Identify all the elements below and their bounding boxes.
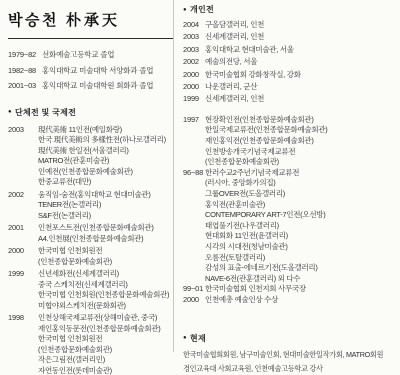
entry-line: 한국미술협회 인천지회 사무국장 (205, 284, 306, 295)
entry-line: 예술의전당, 서울 (205, 56, 257, 68)
entry-line: (인천종합문화예술회관) (38, 257, 112, 268)
entry-lines: 인천예총 예술인상 수상 (205, 295, 278, 306)
education-text: 홍익대학교 미술대학 서양화과 졸업 (42, 63, 153, 79)
entry-year: 99~01 (183, 284, 205, 295)
entry-line: 중국 스케치전(신세계갤러리) (38, 280, 169, 291)
exhibition-entry: 1999신년세화전(신세계갤러리)중국 스케치전(신세계갤러리)한국미협 인천회… (8, 269, 173, 311)
entry-line: 태엽풀기전(나우갤러리) (205, 221, 325, 232)
entry-year: 2002 (183, 56, 205, 68)
entry-lines: 한국미술협회 강화창작실, 강화 (205, 69, 301, 81)
exhibition-entry: 1999신세계갤러리, 인천 (183, 93, 399, 105)
right-column: ●개인전 2004구올담갤러리, 인천2003신세계갤러리, 인천2003홍익대… (183, 4, 399, 375)
entry-lines: 움직임-숨전(홍익대학교 현대미술관)TENER전(논갤러리)S&F전(논갤러리… (38, 190, 151, 222)
entry-lines: 예술의전당, 서울 (205, 56, 257, 68)
column-divider (173, 0, 174, 352)
entry-line: 구올담갤러리, 인천 (205, 19, 264, 31)
exhibition-entry: 2002움직임-숨전(홍익대학교 현대미술관)TENER전(논갤러리)S&F전(… (8, 190, 173, 222)
education-text: 선화예술고등학교 졸업 (42, 47, 114, 63)
entry-line: 인천포스트전(인천종합문화예술회관) (38, 223, 154, 234)
entry-line: 자연동인전(롯데미술관) (38, 366, 160, 375)
exhibition-entry: 2000한국미술협회 강화창작실, 강화 (183, 69, 399, 81)
current-line: 한국미술협회회원, 남구미술인회, 현대미술한일작가회, MATRO회원 (183, 348, 399, 362)
exhibition-entry: 1998인천상해국제교류전(상해미술관, 중국)재인홍익동문전(인천종합문화예술… (8, 313, 173, 375)
entry-line: 움직임-숨전(홍익대학교 현대미술관) (38, 190, 151, 201)
education-text: 홍익대학교 미술대학원 회화과 졸업 (42, 78, 153, 94)
entry-line: (인천종합문화예술회관) (38, 345, 160, 356)
artist-name-hanja: 朴承天 (66, 12, 120, 29)
education-period: 1979~82 (8, 47, 42, 63)
entry-line: 오름전(토탈갤러리) (205, 253, 325, 264)
entry-line: 現代美術 11인전(예일화랑) (38, 125, 166, 136)
entry-line: 홍익전(관훈미술관) (205, 200, 325, 211)
entry-lines: 인천포스트전(인천종합문화예술회관)A4.인천展(인천종합문화예술회관) (38, 223, 154, 244)
artist-name-korean: 박승천 (8, 12, 59, 29)
education-list: 1979~82선화예술고등학교 졸업1982~88홍익대학교 미술대학 서양화과… (8, 47, 173, 94)
entry-lines: 현장확인전(인천종합문화예술회관)한일국제교류전(인천종합문화예술회관)재인홍익… (205, 115, 327, 168)
exhibition-entry: 2003홍익대학교 현대미술관, 서울 (183, 44, 399, 56)
entry-line: 나운갤러리, 군산 (205, 81, 257, 93)
exhibition-entry: 96~88한러수교2주년기념국제교류전(러시아, 중앙화가의집)그룹OVER전(… (183, 168, 399, 285)
entry-line: MATRO전(관훈미술관) (38, 156, 166, 167)
entry-line: 한국 現代美術의 多樣性전(하나로갤러리) (38, 135, 166, 146)
entry-year: 1999 (8, 269, 38, 311)
exhibition-continuation-list: 1997현장확인전(인천종합문화예술회관)한일국제교류전(인천종합문화예술회관)… (183, 115, 399, 306)
entry-line: 시각의 시대전(청남미술관) (205, 242, 325, 253)
current-section: ●현재 한국미술협회회원, 남구미술인회, 현대미술한일작가회, MATRO회원… (183, 333, 399, 375)
entry-line: 재인홍익전(인천종합문화예술회관) (205, 136, 327, 147)
entry-line: 미협야외스케치전(문화회관) (38, 301, 169, 312)
entry-line: 감성의 표출-에네르기전(도올갤러리) (205, 263, 325, 274)
entry-line: 한일국제교류전(인천종합문화예술회관) (205, 125, 327, 136)
section-title-solo-exhibitions: ●개인전 (183, 4, 399, 15)
entry-year: 1997 (183, 115, 205, 168)
entry-year: 2000 (183, 295, 205, 306)
entry-line: 신세계갤러리, 인천 (205, 93, 264, 105)
entry-lines: 신세계갤러리, 인천 (205, 93, 264, 105)
exhibition-entry: 2001인천포스트전(인천종합문화예술회관)A4.인천展(인천종합문화예술회관) (8, 223, 173, 244)
entry-year: 2000 (8, 246, 38, 267)
entry-year: 1998 (8, 313, 38, 375)
entry-line: (러시아, 중앙화가의집) (205, 178, 325, 189)
section-title-text: 개인전 (190, 5, 214, 14)
education-period: 1982~88 (8, 63, 42, 79)
entry-year: 2001 (8, 223, 38, 244)
education-row: 1979~82선화예술고등학교 졸업 (8, 47, 173, 63)
artist-name: 박승천朴承天 (8, 6, 173, 39)
entry-line: 한중교류전(대만) (38, 177, 166, 188)
exhibition-entry: 1997현장확인전(인천종합문화예술회관)한일국제교류전(인천종합문화예술회관)… (183, 115, 399, 168)
entry-line: A4.인천展(인천종합문화예술회관) (38, 234, 154, 245)
entry-line: 재인홍익동문전(인천종합문화예술회관) (38, 324, 160, 335)
entry-lines: 한국미술협회 인천지회 사무국장 (205, 284, 306, 295)
section-title-group-exhibitions: ●단체전 및 국제전 (8, 107, 173, 118)
entry-line: (인천종합문화예술회관) (205, 157, 327, 168)
bullet-icon: ● (183, 7, 187, 13)
entry-line: NAVE-6전(관훈갤러리) 외 다수 (205, 274, 325, 285)
exhibition-entry: 2002예술의전당, 서울 (183, 56, 399, 68)
entry-year: 2003 (183, 31, 205, 43)
entry-line: 現代美術 한일전(서울갤러리) (38, 146, 166, 157)
exhibition-entry: 2000한국미협 인천회원전(인천종합문화예술회관) (8, 246, 173, 267)
section-title-text: 단체전 및 국제전 (15, 108, 76, 117)
exhibition-entry: 2000인천예총 예술인상 수상 (183, 295, 399, 306)
entry-lines: 홍익대학교 현대미술관, 서울 (205, 44, 294, 56)
entry-line: 한국미협 인천회원전 (38, 334, 160, 345)
entry-line: 홍익대학교 현대미술관, 서울 (205, 44, 294, 56)
entry-lines: 한러수교2주년기념국제교류전(러시아, 중앙화가의집)그룹OVER전(도올갤러리… (205, 168, 325, 285)
entry-lines: 한국미협 인천회원전(인천종합문화예술회관) (38, 246, 112, 267)
education-period: 2001~03 (8, 78, 42, 94)
entry-year: 2004 (183, 19, 205, 31)
entry-line: 한국미협 인천회원전 (38, 246, 112, 257)
exhibition-entry: 2004구올담갤러리, 인천 (183, 19, 399, 31)
entry-lines: 신년세화전(신세계갤러리)중국 스케치전(신세계갤러리)한국미협 인천회원(인천… (38, 269, 169, 311)
exhibition-entry: 2003신세계갤러리, 인천 (183, 31, 399, 43)
entry-line: 인천상해국제교류전(상해미술관, 중국) (38, 313, 160, 324)
entry-line: 인예전(인천종합문화예술회관) (38, 167, 166, 178)
entry-line: TENER전(논갤러리) (38, 200, 151, 211)
bullet-icon: ● (8, 109, 12, 115)
entry-lines: 現代美術 11인전(예일화랑)한국 現代美術의 多樣性전(하나로갤러리)現代美術… (38, 125, 166, 188)
entry-lines: 나운갤러리, 군산 (205, 81, 257, 93)
entry-line: 인천방송개국기념국제교류전 (205, 147, 327, 158)
entry-year: 1999 (183, 93, 205, 105)
entry-year: 2003 (183, 44, 205, 56)
entry-line: 현대회화 11인전(윤갤러리) (205, 231, 325, 242)
exhibition-entry: 2003現代美術 11인전(예일화랑)한국 現代美術의 多樣性전(하나로갤러리)… (8, 125, 173, 188)
entry-year: 2002 (8, 190, 38, 222)
artist-cv-page: 박승천朴承天 1979~82선화예술고등학교 졸업1982~88홍익대학교 미술… (0, 0, 400, 375)
entry-line: 신년세화전(신세계갤러리) (38, 269, 169, 280)
entry-line: 한러수교2주년기념국제교류전 (205, 168, 325, 179)
entry-year: 2000 (183, 69, 205, 81)
entry-line: 인천예총 예술인상 수상 (205, 295, 278, 306)
entry-line: 한국미술협회 강화창작실, 강화 (205, 69, 301, 81)
entry-line: 그룹OVER전(도올갤러리) (205, 189, 325, 200)
entry-line: 신세계갤러리, 인천 (205, 31, 264, 43)
group-exhibition-list: 2003現代美術 11인전(예일화랑)한국 現代美術의 多樣性전(하나로갤러리)… (8, 125, 173, 375)
entry-line: CONTEMPORARY ART-7인전(오선방) (205, 210, 325, 221)
education-row: 1982~88홍익대학교 미술대학 서양화과 졸업 (8, 63, 173, 79)
current-line: 경인교육대 사회교육원, 인천예술고등학교 강사 (183, 362, 399, 375)
entry-year: 2003 (8, 125, 38, 188)
exhibition-entry: 99~01한국미술협회 인천지회 사무국장 (183, 284, 399, 295)
solo-exhibition-list: 2004구올담갤러리, 인천2003신세계갤러리, 인천2003홍익대학교 현대… (183, 19, 399, 106)
entry-lines: 신세계갤러리, 인천 (205, 31, 264, 43)
entry-line: S&F전(논갤러리) (38, 211, 151, 222)
entry-lines: 인천상해국제교류전(상해미술관, 중국)재인홍익동문전(인천종합문화예술회관)한… (38, 313, 160, 375)
section-title-text: 현재 (190, 334, 206, 343)
left-column: 박승천朴承天 1979~82선화예술고등학교 졸업1982~88홍익대학교 미술… (8, 6, 173, 375)
entry-line: 작은그림전(갤러리민) (38, 355, 160, 366)
education-row: 2001~03홍익대학교 미술대학원 회화과 졸업 (8, 78, 173, 94)
exhibition-entry: 2000나운갤러리, 군산 (183, 81, 399, 93)
entry-year: 2000 (183, 81, 205, 93)
section-title-current: ●현재 (183, 333, 399, 344)
entry-line: 한국미협 인천회원(인천종합문화예술회관) (38, 290, 169, 301)
entry-line: 현장확인전(인천종합문화예술회관) (205, 115, 327, 126)
entry-lines: 구올담갤러리, 인천 (205, 19, 264, 31)
bullet-icon: ● (183, 335, 187, 341)
entry-year: 96~88 (183, 168, 205, 285)
